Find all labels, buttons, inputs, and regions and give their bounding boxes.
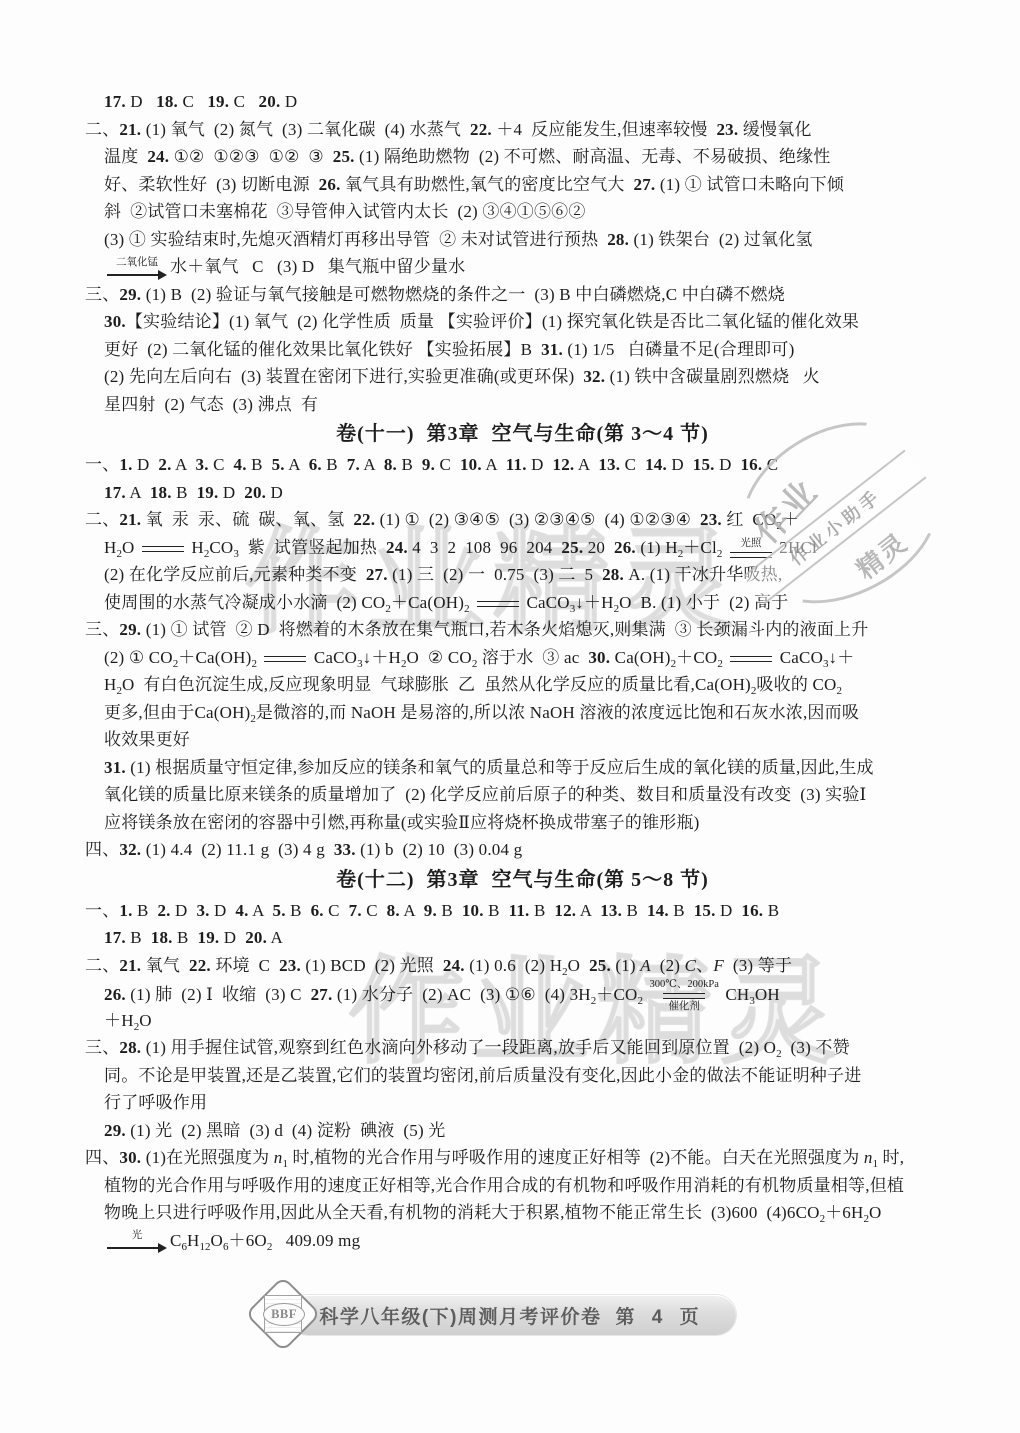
answer-line: 三、29. (1) ① 试管 ② D 将燃着的木条放在集气瓶口,若木条火焰熄灭,… — [85, 616, 960, 644]
answer-line: 同。不论是甲装置,还是乙装置,它们的装置均密闭,前后质量没有变化,因此小金的做法… — [85, 1062, 960, 1090]
answer-line: 物晚上只进行呼吸作用,因此从全天看,有机物的消耗大于积累,植物不能正常生长 (3… — [85, 1199, 960, 1227]
double-bond-line — [730, 552, 772, 558]
equation-condition — [141, 544, 185, 554]
answer-line: H2O H2CO3 紫 试管竖起加热 24. 4 3 2 108 96 204 … — [85, 534, 960, 562]
reaction-arrow — [107, 1247, 165, 1249]
answer-line: 二氧化锰水＋氧气 C (3) D 集气瓶中留少量水 — [85, 253, 960, 281]
answer-line: 二、21. (1) 氧气 (2) 氮气 (3) 二氧化碳 (4) 水蒸气 22.… — [85, 116, 960, 144]
equation-condition — [476, 599, 520, 609]
answer-line: 30.【实验结论】(1) 氧气 (2) 化学性质 质量 【实验评价】(1) 探究… — [85, 308, 960, 336]
badge-logo-text: BBF — [263, 1303, 305, 1326]
answer-content: 17. D 18. C 19. C 20. D二、21. (1) 氧气 (2) … — [85, 88, 960, 1254]
answer-line: 温度 24. ①② ①②③ ①② ③ 25. (1) 隔绝助燃物 (2) 不可燃… — [85, 143, 960, 171]
answer-line: H2O 有白色沉淀生成,反应现象明显 气球膨胀 乙 虽然从化学反应的质量比看,C… — [85, 671, 960, 699]
footer-title-bar: 科学八年级(下)周测月考评价卷 第 4 页 — [288, 1295, 736, 1335]
equation-condition: 300℃、200kPa催化剂 — [649, 979, 719, 1013]
reaction-arrow — [107, 274, 165, 276]
answer-line: 17. D 18. C 19. C 20. D — [85, 88, 960, 116]
answer-line: 使周围的水蒸气冷凝成小水滴 (2) CO2＋Ca(OH)2 CaCO3↓＋H2O… — [85, 589, 960, 617]
answer-line: 星四射 (2) 气态 (3) 沸点 有 — [85, 391, 960, 419]
answer-line: 二、21. 氧 汞 汞、硫 碳、氧、氢 22. (1) ① (2) ③④⑤ (3… — [85, 506, 960, 534]
answer-line: 好、柔软性好 (3) 切断电源 26. 氧气具有助燃性,氧气的密度比空气大 27… — [85, 171, 960, 199]
answer-line: 二、21. 氧气 22. 环境 C 23. (1) BCD (2) 光照 24.… — [85, 952, 960, 980]
double-bond-line — [142, 546, 184, 552]
answer-line: 斜 ②试管口未塞棉花 ③导管伸入试管内太长 (2) ③④①⑤⑥② — [85, 198, 960, 226]
answer-line: 三、28. (1) 用手握住试管,观察到红色水滴向外移动了一段距离,放手后又能回… — [85, 1034, 960, 1062]
answer-line: (3) ① 实验结束时,先熄灭酒精灯再移出导管 ② 未对试管进行预热 28. (… — [85, 226, 960, 254]
equation-condition — [729, 654, 773, 664]
footer-page-number: 第 4 页 — [616, 1302, 705, 1329]
double-bond-line — [730, 656, 772, 662]
answer-line: 四、30. (1)在光照强度为 n1 时,植物的光合作用与呼吸作用的速度正好相等… — [85, 1144, 960, 1172]
equation-condition: 光照 — [729, 538, 773, 560]
double-bond-line — [477, 601, 519, 607]
answer-line: 29. (1) 光 (2) 黑暗 (3) d (4) 淀粉 碘液 (5) 光 — [85, 1117, 960, 1145]
footer-title: 科学八年级(下)周测月考评价卷 — [319, 1302, 601, 1329]
answer-line: 一、1. B 2. D 3. D 4. A 5. B 6. C 7. C 8. … — [85, 897, 960, 925]
answer-line: 一、1. D 2. A 3. C 4. B 5. A 6. B 7. A 8. … — [85, 451, 960, 479]
answer-line: 行了呼吸作用 — [85, 1089, 960, 1117]
answer-line: (2) 先向左后向右 (3) 装置在密闭下进行,实验更准确(或更环保) 32. … — [85, 363, 960, 391]
answer-line: 氧化镁的质量比原来镁条的质量增加了 (2) 化学反应前后原子的种类、数目和质量没… — [85, 781, 960, 809]
equation-condition — [263, 654, 307, 664]
double-bond-line — [663, 993, 705, 999]
answer-line: 收效果更好 — [85, 726, 960, 754]
equation-condition: 二氧化锰 — [106, 257, 168, 280]
page-footer: 科学八年级(下)周测月考评价卷 第 4 页 BBF — [0, 1282, 1020, 1362]
answer-line: 植物的光合作用与呼吸作用的速度正好相等,光合作用合成的有机物和呼吸作用消耗的有机… — [85, 1172, 960, 1200]
answer-line: 26. (1) 肺 (2) Ⅰ 收缩 (3) C 27. (1) 水分子 (2)… — [85, 979, 960, 1007]
answer-line: 17. B 18. B 19. D 20. A — [85, 924, 960, 952]
answer-line: 更多,但由于Ca(OH)2是微溶的,而 NaOH 是易溶的,所以浓 NaOH 溶… — [85, 699, 960, 727]
answer-sheet-page: 作业精灵 作业精灵 17. D 18. C 19. C 20. D二、21. (… — [0, 0, 1020, 1433]
answer-line: 应将镁条放在密闭的容器中引燃,再称量(或实验Ⅱ应将烧杯换成带塞子的锥形瓶) — [85, 809, 960, 837]
answer-line: 四、32. (1) 4.4 (2) 11.1 g (3) 4 g 33. (1)… — [85, 836, 960, 864]
publisher-badge: BBF — [249, 1280, 317, 1348]
section-heading: 卷(十二) 第3章 空气与生命(第 5～8 节) — [85, 864, 960, 897]
answer-line: 17. A 18. B 19. D 20. D — [85, 479, 960, 507]
answer-line: ＋H2O — [85, 1007, 960, 1035]
answer-line: (2) ① CO2＋Ca(OH)2 CaCO3↓＋H2O ② CO2 溶于水 ③… — [85, 644, 960, 672]
answer-line: 光C6H12O6＋6O2 409.09 mg — [85, 1227, 960, 1255]
answer-line: 三、29. (1) B (2) 验证与氧气接触是可燃物燃烧的条件之一 (3) B… — [85, 281, 960, 309]
equation-condition: 光 — [106, 1230, 168, 1253]
answer-line: (2) 在化学反应前后,元素种类不变 27. (1) 三 (2) 一 0.75 … — [85, 561, 960, 589]
answer-line: 31. (1) 根据质量守恒定律,参加反应的镁条和氧气的质量总和等于反应后生成的… — [85, 754, 960, 782]
section-heading: 卷(十一) 第3章 空气与生命(第 3～4 节) — [85, 418, 960, 451]
double-bond-line — [264, 656, 306, 662]
answer-line: 更好 (2) 二氧化锰的催化效果比氧化铁好 【实验拓展】B 31. (1) 1/… — [85, 336, 960, 364]
